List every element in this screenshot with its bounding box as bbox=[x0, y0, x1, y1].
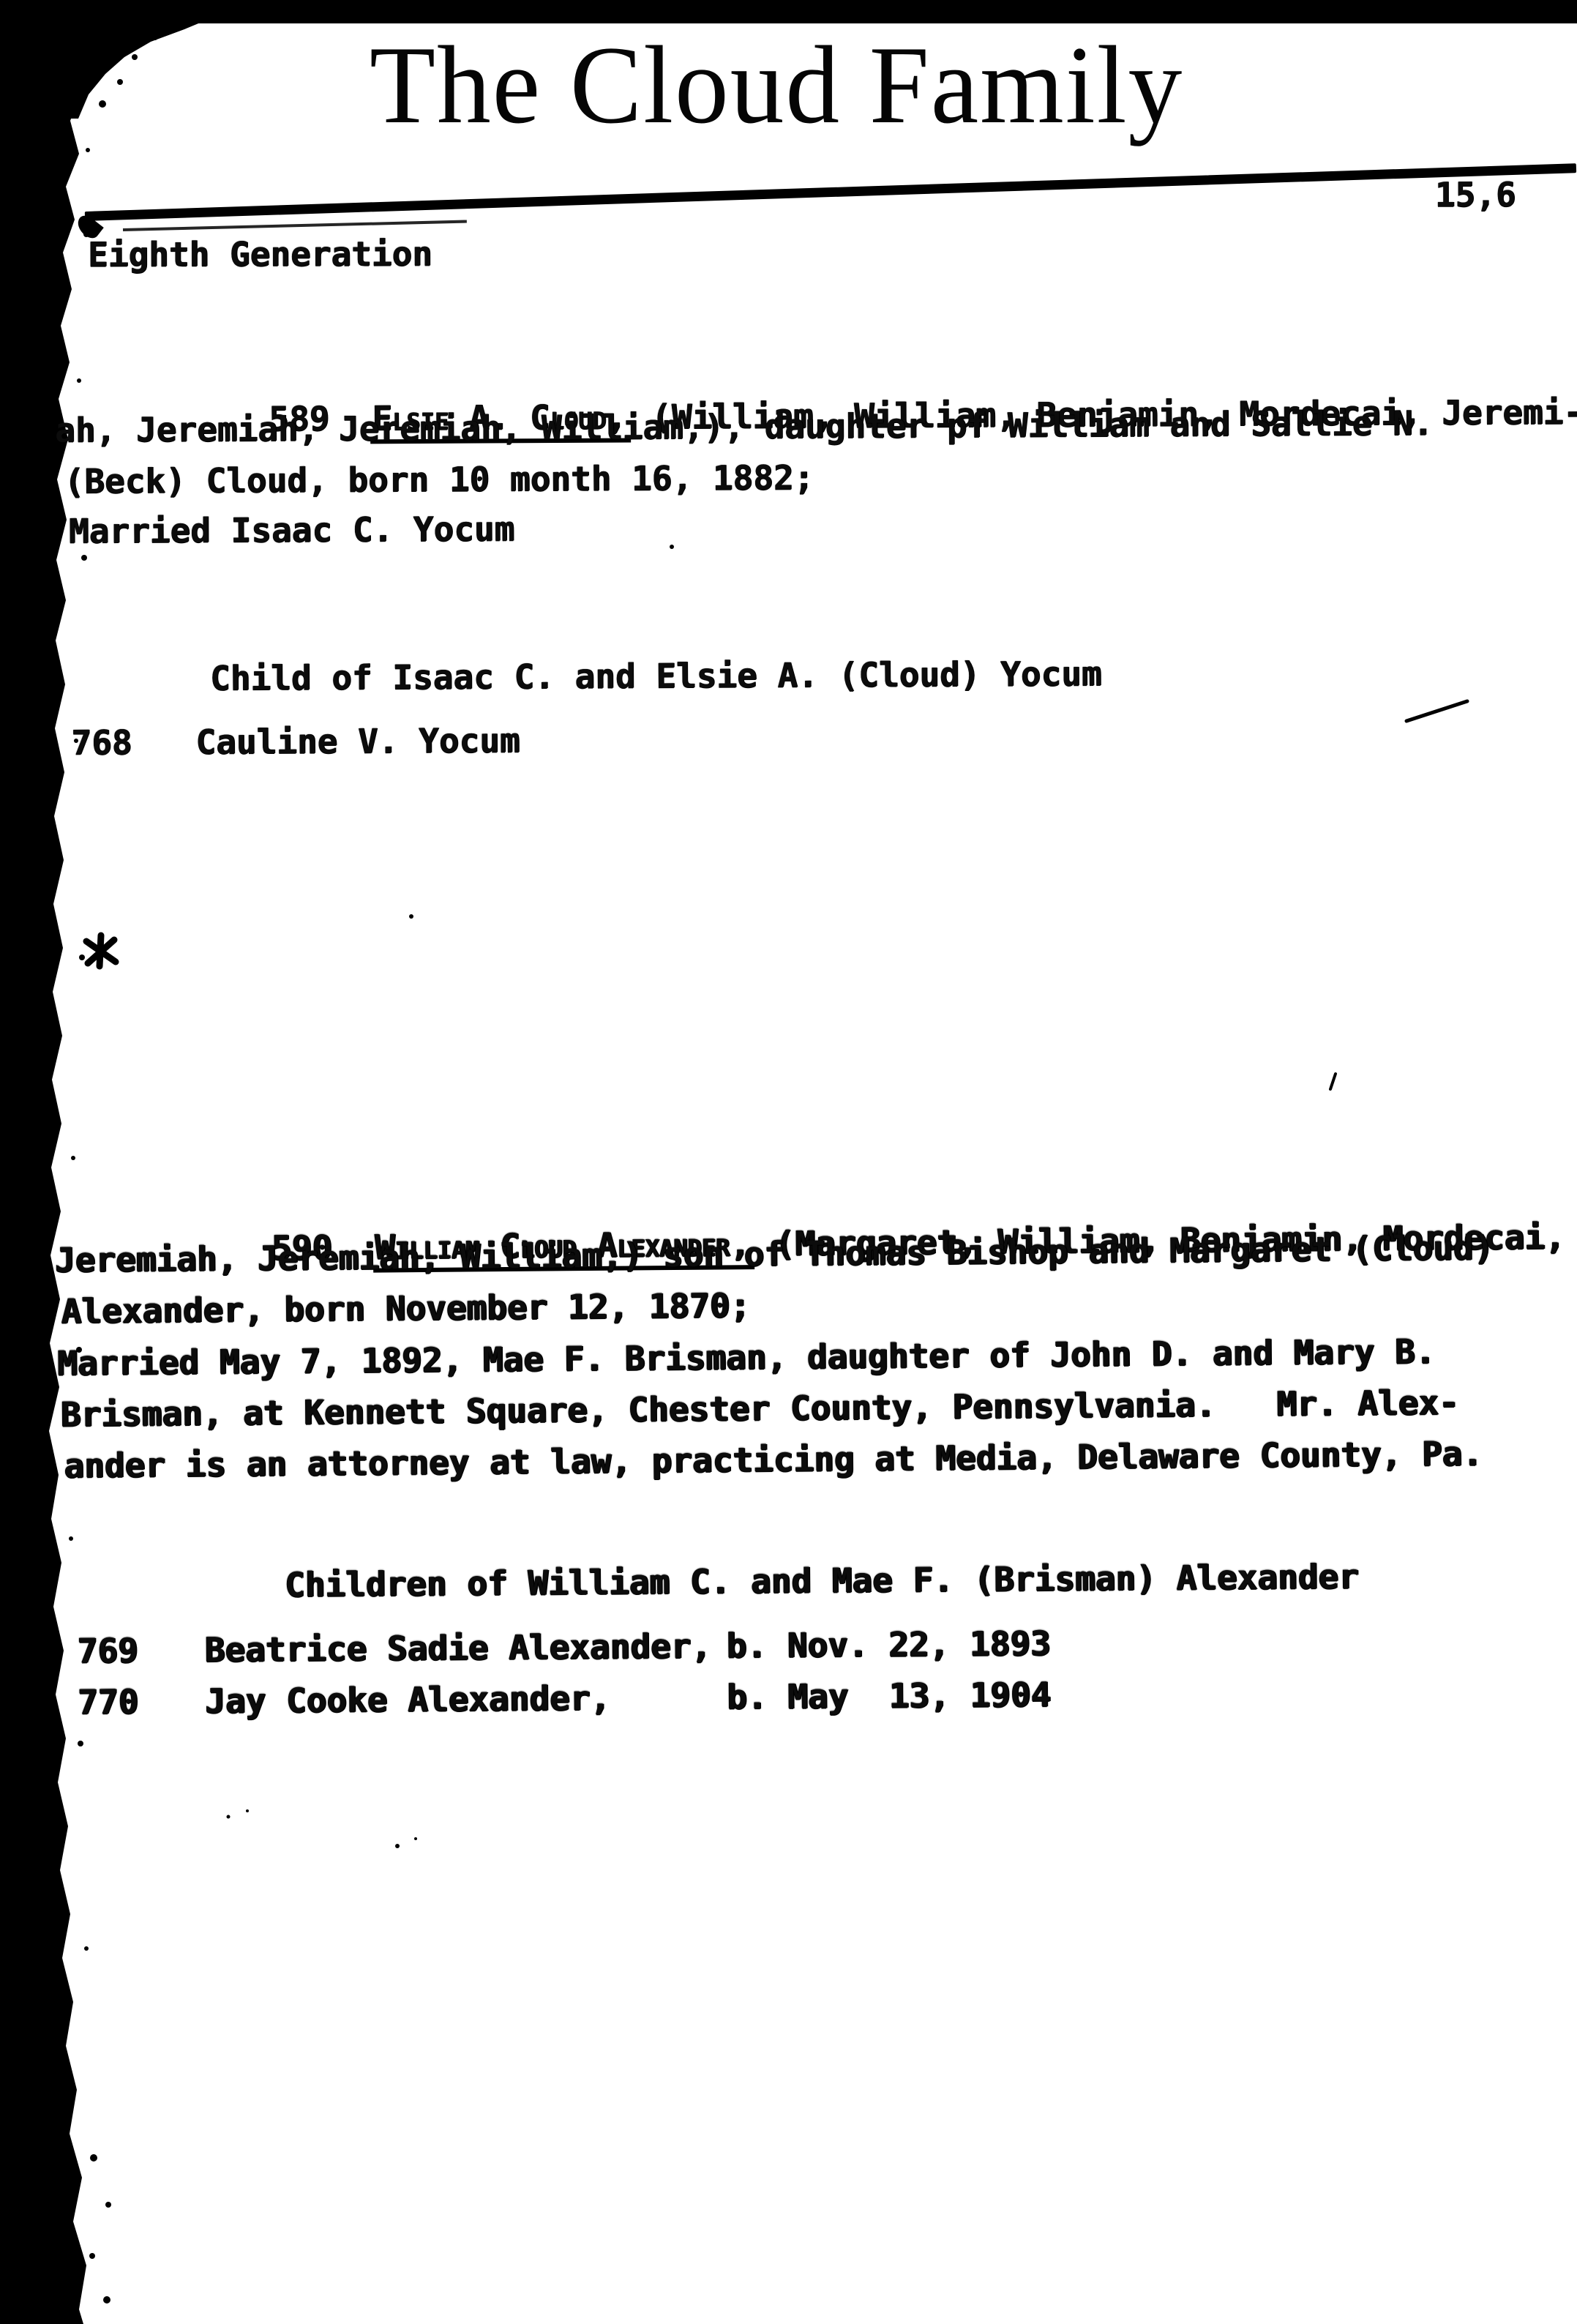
child-number: 770 bbox=[78, 1681, 139, 1723]
child-birth: b. Nov. 22, 1893 bbox=[726, 1623, 1051, 1666]
child-name: Beatrice Sadie Alexander, bbox=[204, 1625, 711, 1670]
child-name: Jay Cooke Alexander, bbox=[205, 1678, 610, 1722]
scanned-genealogy-page: The Cloud Family Eighth Generation 15,6 … bbox=[0, 0, 1577, 2324]
child-number: 769 bbox=[77, 1630, 138, 1672]
entry-590-children: Children of William C. and Mae F. (Brism… bbox=[0, 0, 1577, 2324]
child-birth: b. May 13, 1904 bbox=[727, 1674, 1052, 1717]
entry-590-children-heading: Children of William C. and Mae F. (Brism… bbox=[285, 1555, 1359, 1605]
